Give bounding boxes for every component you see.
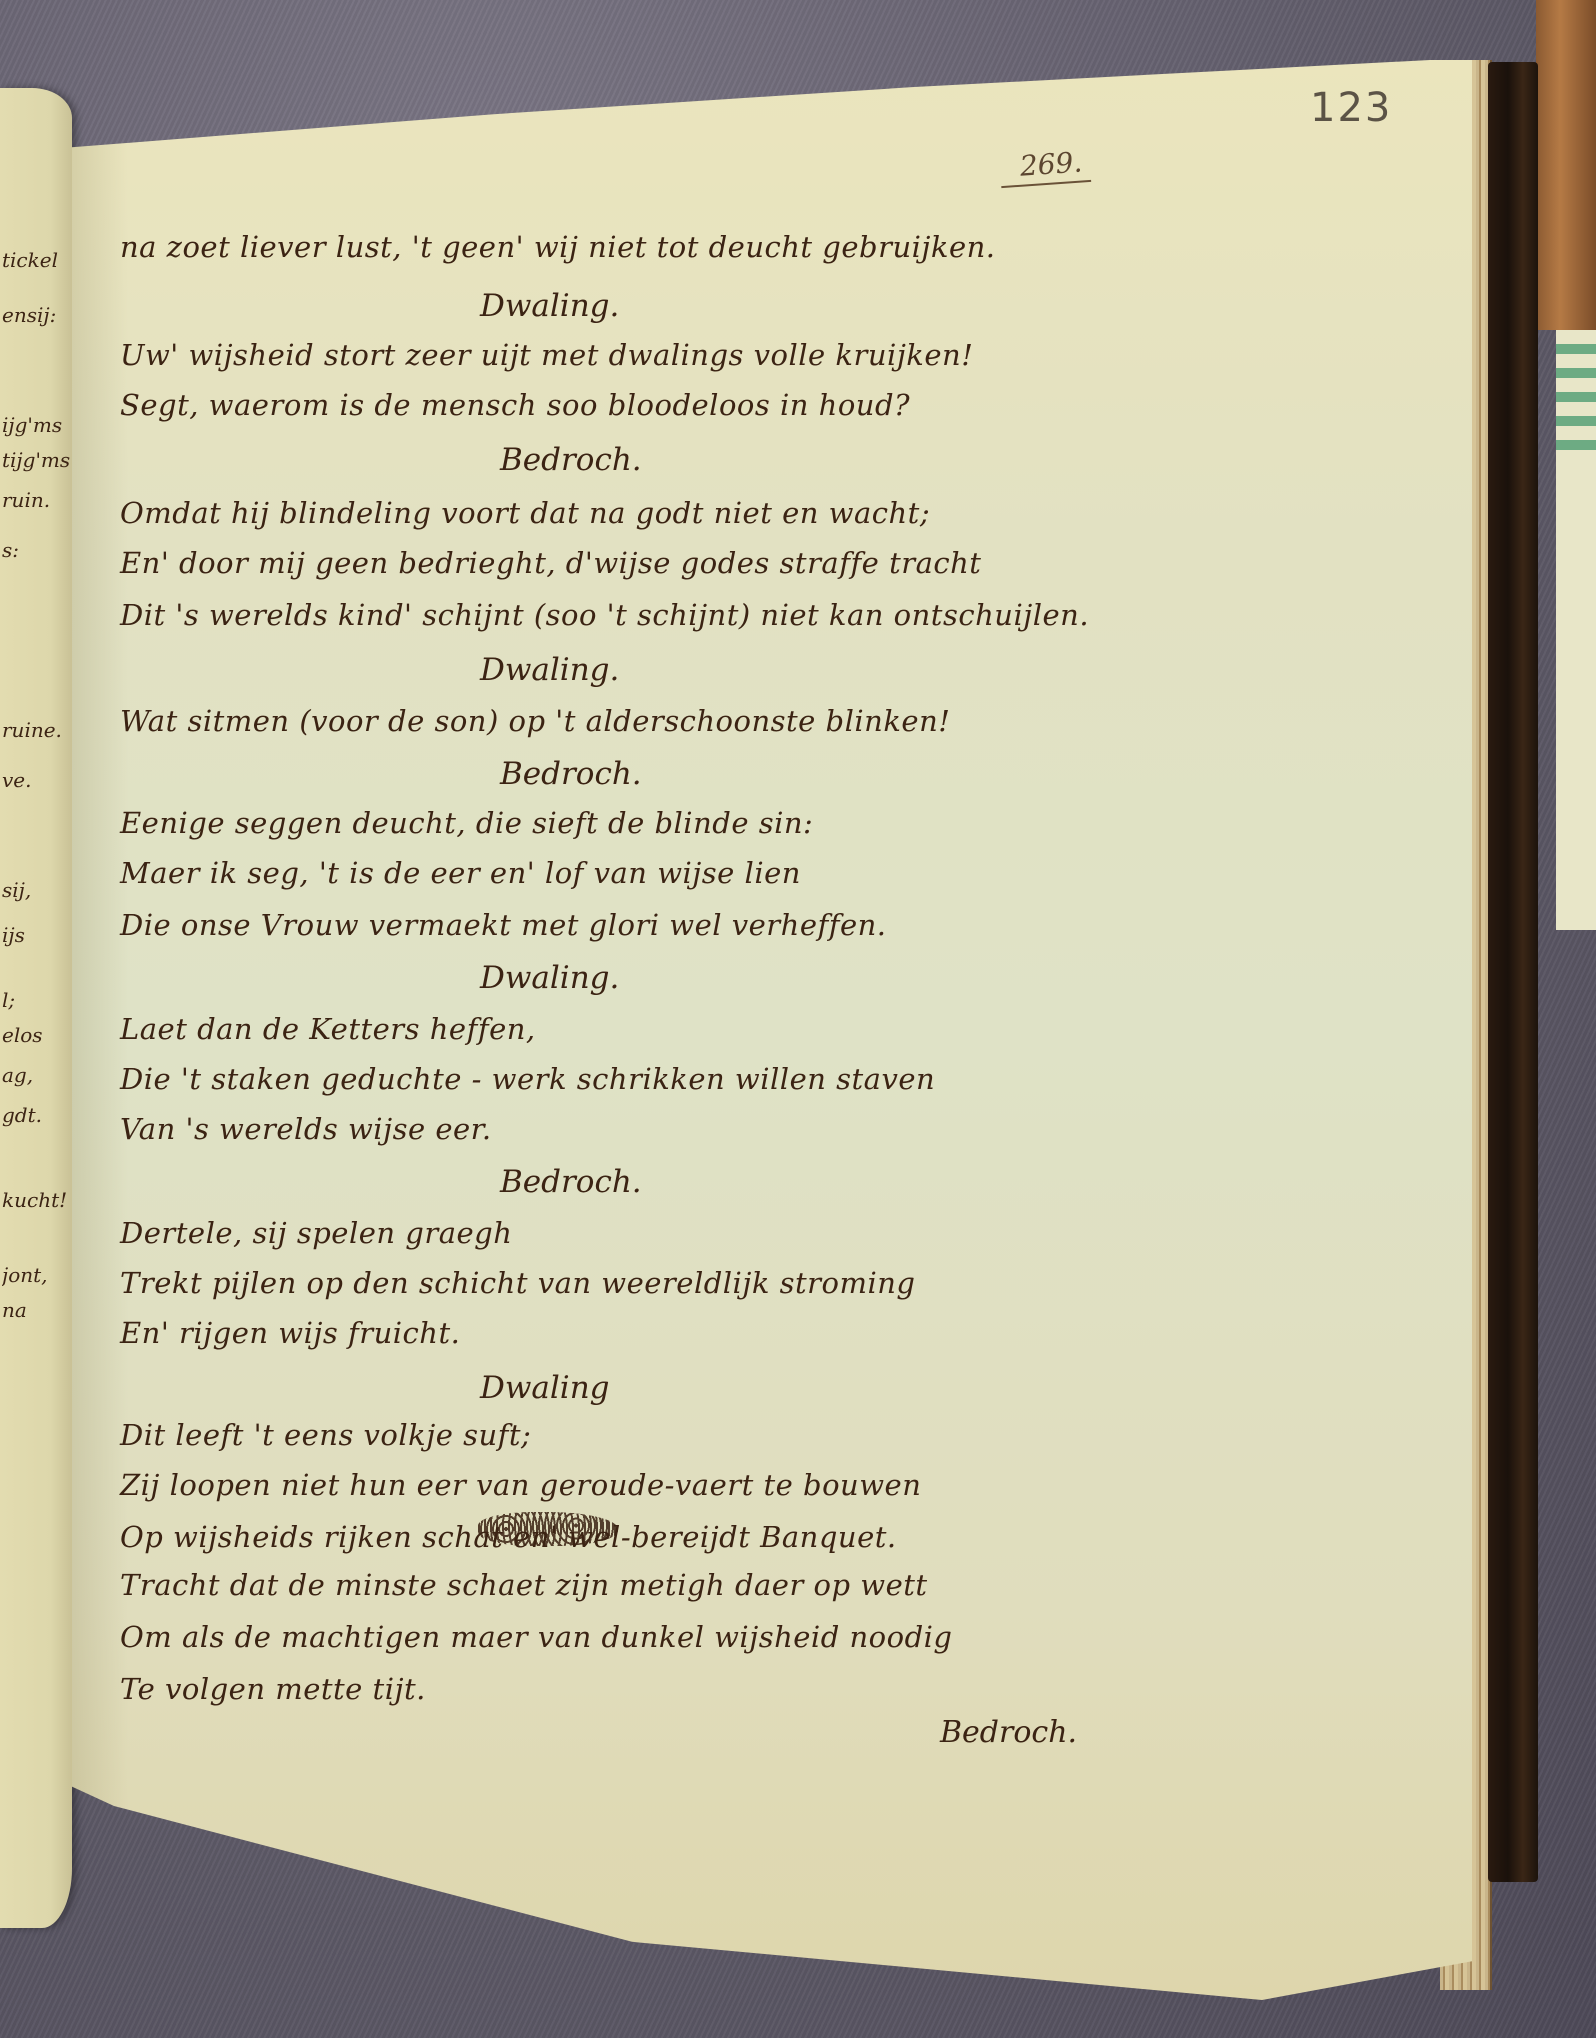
left-page-text-fragment: l; bbox=[2, 988, 72, 1012]
speaker-heading: Dwaling bbox=[480, 1370, 610, 1406]
verse-line: Te volgen mette tijt. bbox=[120, 1672, 426, 1706]
left-page-text-fragment: gdt. bbox=[2, 1103, 72, 1127]
verse-line: Om als de machtigen maer van dunkel wijs… bbox=[120, 1620, 952, 1654]
wooden-book-support bbox=[1536, 0, 1596, 330]
left-page-text-fragment: ve. bbox=[2, 768, 72, 792]
left-page-text-fragment: s: bbox=[2, 538, 72, 562]
left-page-text-fragment: sij, bbox=[2, 878, 72, 902]
verse-line: Wat sitmen (voor de son) op 't alderscho… bbox=[120, 704, 950, 738]
left-page-text-fragment: tickel bbox=[2, 248, 72, 272]
left-page-text-fragment: kucht! bbox=[2, 1188, 72, 1212]
folio-number: 123 bbox=[1310, 85, 1392, 131]
speaker-heading: Dwaling. bbox=[480, 960, 619, 996]
left-page-text-fragment: elos bbox=[2, 1023, 72, 1047]
left-page-text-fragment: na bbox=[2, 1298, 72, 1322]
verse-line: Die onse Vrouw vermaekt met glori wel ve… bbox=[120, 908, 887, 942]
speaker-heading: Dwaling. bbox=[480, 652, 619, 688]
verse-line: Segt, waerom is de mensch soo bloodeloos… bbox=[120, 388, 910, 422]
background-card bbox=[1556, 330, 1596, 930]
left-page-text-fragment: ijg'ms bbox=[2, 413, 72, 437]
verse-line: En' rijgen wijs fruicht. bbox=[120, 1316, 460, 1350]
verse-line: Dit 's werelds kind' schijnt (soo 't sch… bbox=[120, 598, 1089, 632]
page-number: 269. bbox=[999, 145, 1092, 188]
verse-line: Tracht dat de minste schaet zijn metigh … bbox=[120, 1568, 928, 1602]
speaker-heading: Bedroch. bbox=[500, 442, 642, 478]
left-page-text-fragment: ag, bbox=[2, 1063, 72, 1087]
catchword: Bedroch. bbox=[940, 1715, 1077, 1750]
verse-line: Maer ik seg, 't is de eer en' lof van wi… bbox=[120, 856, 801, 890]
verse-line: En' door mij geen bedrieght, d'wijse god… bbox=[120, 546, 981, 580]
verse-line: Van 's werelds wijse eer. bbox=[120, 1112, 492, 1146]
speaker-heading: Bedroch. bbox=[500, 1164, 642, 1200]
left-page-text-fragment: ruin. bbox=[2, 488, 72, 512]
verse-line: na zoet liever lust, 't geen' wij niet t… bbox=[120, 230, 996, 264]
left-page-text-fragment: jont, bbox=[2, 1263, 72, 1287]
book-spine bbox=[1488, 62, 1538, 1882]
left-page-text-fragment: ruine. bbox=[2, 718, 72, 742]
left-page-text-fragment: ijs bbox=[2, 923, 72, 947]
verse-line: Laet dan de Ketters heffen, bbox=[120, 1012, 536, 1046]
verse-line: Eenige seggen deucht, die sieft de blind… bbox=[120, 806, 813, 840]
left-page-text-fragment: tijg'ms bbox=[2, 448, 72, 472]
left-page-text-fragment: ensij: bbox=[2, 303, 72, 327]
verse-line: Dertele, sij spelen graegh bbox=[120, 1216, 512, 1250]
crossed-out-scribble bbox=[478, 1512, 618, 1546]
left-page-fragment: tickelensij:ijg'mstijg'msruin.s:ruine.ve… bbox=[0, 88, 72, 1928]
verse-line: Omdat hij blindeling voort dat na godt n… bbox=[120, 496, 930, 530]
verse-line: Die 't staken geduchte - werk schrikken … bbox=[120, 1062, 935, 1096]
verse-line: Zij loopen niet hun eer van geroude-vaer… bbox=[120, 1468, 921, 1502]
speaker-heading: Dwaling. bbox=[480, 288, 619, 324]
verse-line: Trekt pijlen op den schicht van weereldl… bbox=[120, 1266, 916, 1300]
verse-line: Dit leeft 't eens volkje suft; bbox=[120, 1418, 531, 1452]
verse-line: Uw' wijsheid stort zeer uijt met dwaling… bbox=[120, 338, 973, 372]
speaker-heading: Bedroch. bbox=[500, 756, 642, 792]
